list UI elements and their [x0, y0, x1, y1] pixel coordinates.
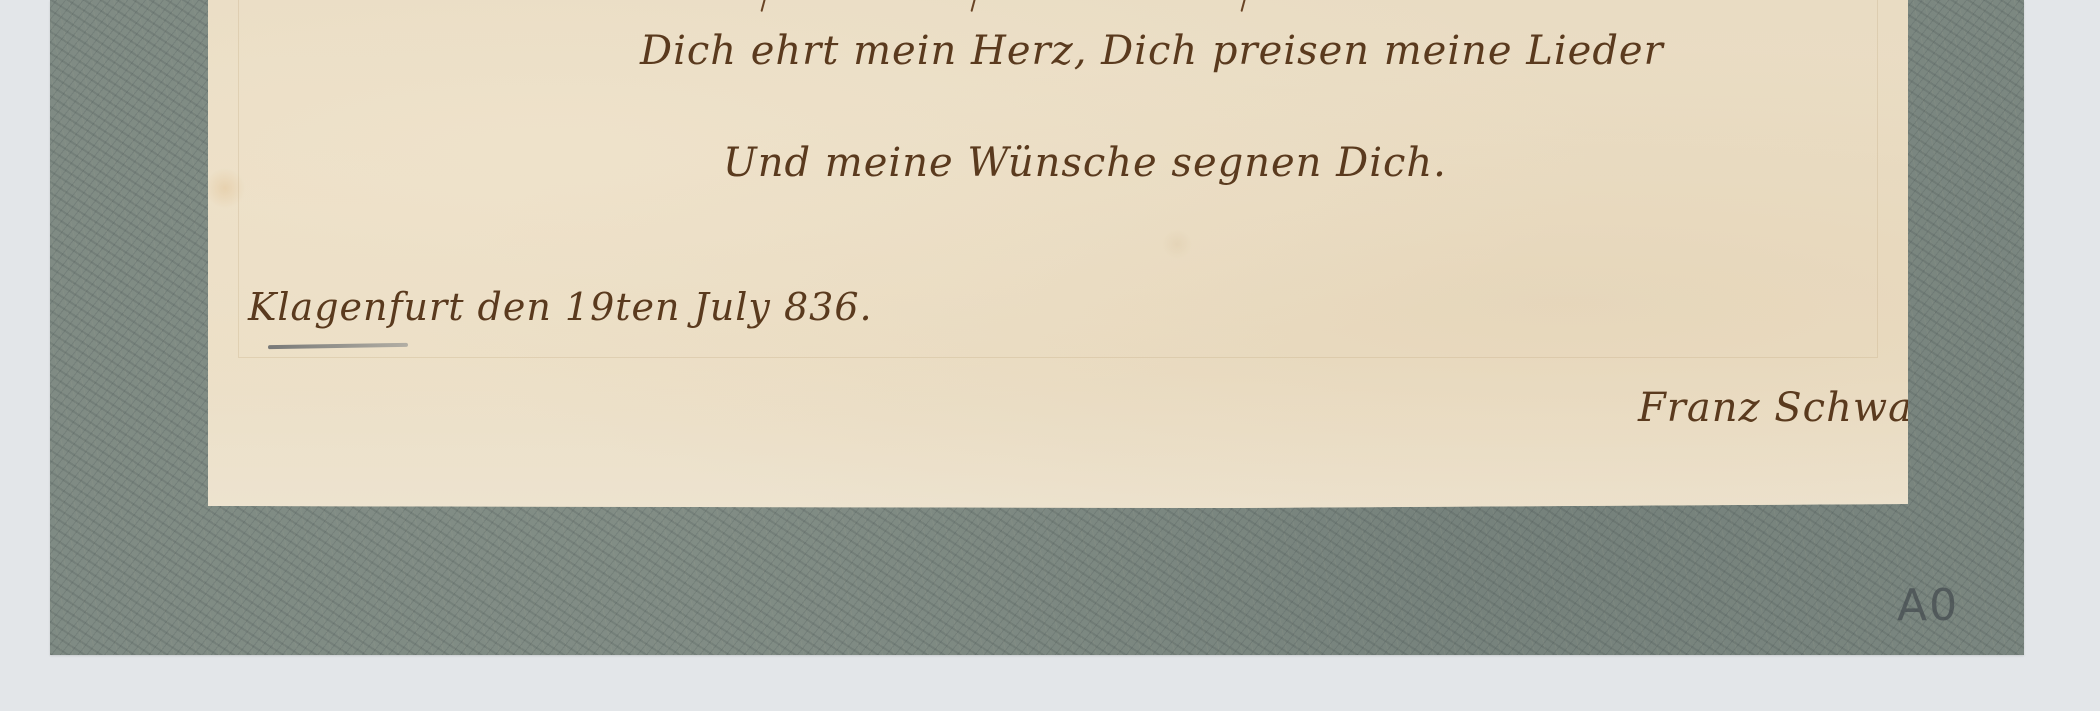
verse-line-1: Dich ehrt mein Herz, Dich preisen meine …	[640, 28, 1664, 74]
place-date-line: Klagenfurt den 19ten July 836.	[248, 285, 873, 329]
descender-stroke	[1240, 0, 1247, 12]
cut-off-line-descenders	[208, 0, 1908, 12]
verse-line-2: Und meine Wünsche segnen Dich.	[723, 140, 1447, 186]
letter-paper: Dich ehrt mein Herz, Dich preisen meine …	[208, 0, 1908, 508]
mount-pencil-annotation: A0	[1897, 580, 1959, 631]
descender-stroke	[970, 0, 977, 12]
signature: Franz Schwab.	[1638, 385, 1953, 431]
descender-stroke	[760, 0, 767, 12]
